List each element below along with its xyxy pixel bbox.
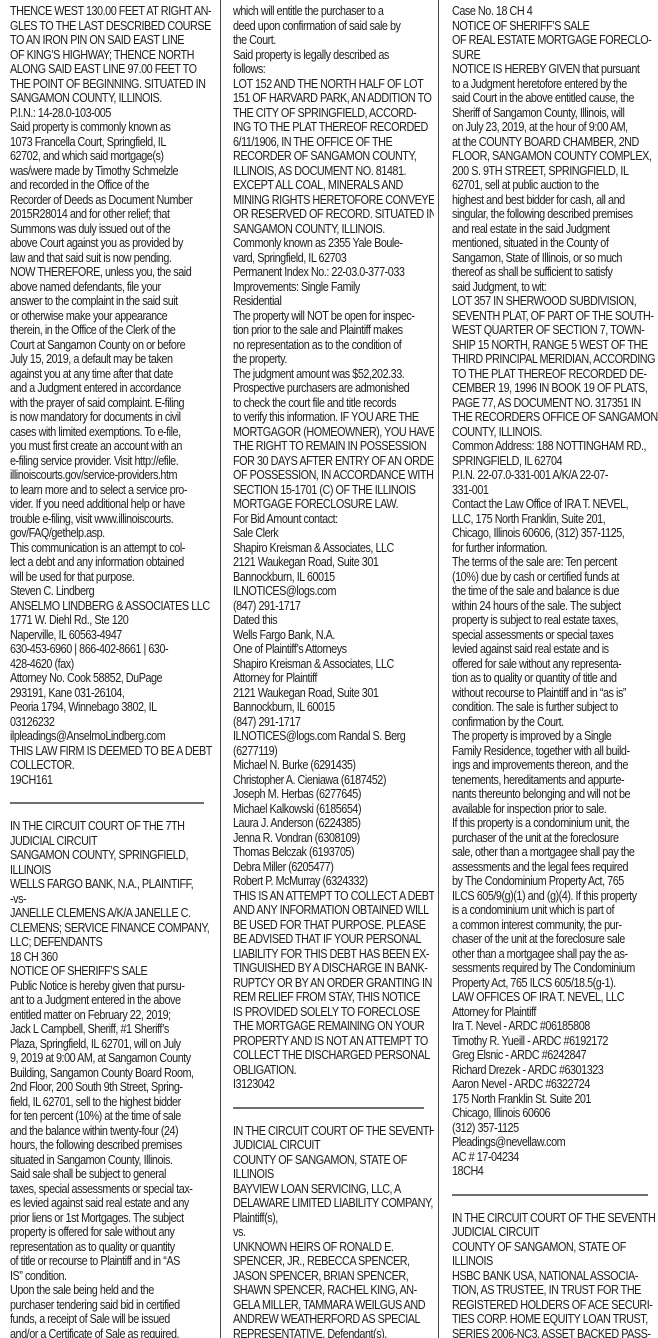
notice-text-line: tion as to quality or quantity of title … xyxy=(452,671,657,686)
notice-text-line: THENCE WEST 130.00 FEET AT RIGHT AN- xyxy=(10,4,213,19)
notice-text-line: ILNOTICES@logs.com xyxy=(233,584,433,599)
notice-text-line: the time of the sale and balance is due xyxy=(452,584,657,599)
notice-text-line: RECORDER OF SANGAMON COUNTY, xyxy=(233,149,433,164)
notice-text-line: answer to the complaint in the said suit xyxy=(10,294,213,309)
notice-text-line: Public Notice is hereby given that pursu… xyxy=(10,979,213,994)
notice-text-line: OF REAL ESTATE MORTGAGE FORECLO- xyxy=(452,33,657,48)
notice-text-line: with the prayer of said complaint. E-fil… xyxy=(10,396,213,411)
notice-text-line: THE RECORDERS OFFICE OF SANGAMON xyxy=(452,410,657,425)
notice-text-line: you must first create an account with an xyxy=(10,439,213,454)
notice-text-line: THE MORTGAGE REMAINING ON YOUR xyxy=(233,1019,433,1034)
notice-text-line: IS” condition. xyxy=(10,1269,213,1284)
notice-text-line: thereof as shall be sufficient to satisf… xyxy=(452,265,657,280)
notice-text-line: Sangamon, State of Illinois, or so much xyxy=(452,251,657,266)
notice-text-line: available for inspection prior to sale. xyxy=(452,802,657,817)
notice-text-line: ant to a Judgment entered in the above xyxy=(10,993,213,1008)
notice-text-line: Robert P. McMurray (6324332) xyxy=(233,874,433,889)
notice-text-line: JUDICIAL CIRCUIT xyxy=(452,1225,657,1240)
notice-text-line: ANSELMO LINDBERG & ASSOCIATES LLC xyxy=(10,599,213,614)
notice-text-line: Ira T. Nevel - ARDC #06185808 xyxy=(452,1019,657,1034)
notice-text-line: illinoiscourts.gov/service-providers.htm xyxy=(10,468,213,483)
notice-text-line: follows: xyxy=(233,62,433,77)
notice-text-line: REPRESENTATIVE, Defendant(s). xyxy=(233,1327,433,1338)
notice-text-line: Recorder of Deeds as Document Number xyxy=(10,193,213,208)
notice-text-line: PROPERTY AND IS NOT AN ATTEMPT TO xyxy=(233,1034,433,1049)
notice-text-line: Laura J. Anderson (6224385) xyxy=(233,816,433,831)
notice-text-line: Naperville, IL 60563-4947 xyxy=(10,628,213,643)
notice-text-line: GLES TO THE LAST DESCRIBED COURSE xyxy=(10,19,213,34)
notice-text-line: Shapiro Kreisman & Associates, LLC xyxy=(233,657,433,672)
notice-text-line: within 24 hours of the sale. The subject xyxy=(452,599,657,614)
notice-text-line: LLC; DEFENDANTS xyxy=(10,935,213,950)
notice-sheriff-sale-yale-blvd: which will entitle the purchaser to adee… xyxy=(233,4,430,1092)
notice-text-line: Richard Drezek - ARDC #6301323 xyxy=(452,1063,657,1078)
notice-text-line: WEST QUARTER OF SECTION 7, TOWN- xyxy=(452,323,657,338)
notice-text-line: 2nd Floor, 200 South 9th Street, Spring- xyxy=(10,1080,213,1095)
notice-text-line: SANGAMON COUNTY, ILLINOIS. xyxy=(10,91,213,106)
notice-text-line: REM RELIEF FROM STAY, THIS NOTICE xyxy=(233,990,433,1005)
notice-text-line: COLLECT THE DISCHARGED PERSONAL xyxy=(233,1048,433,1063)
notice-text-line: Bannockburn, IL 60015 xyxy=(233,570,433,585)
notice-text-line: funds, a receipt of Sale will be issued xyxy=(10,1312,213,1327)
notice-text-line: FLOOR, SANGAMON COUNTY COMPLEX, xyxy=(452,149,657,164)
notice-text-line: 62702, and which said mortgage(s) xyxy=(10,149,213,164)
notice-text-line: LIABILITY FOR THIS DEBT HAS BEEN EX- xyxy=(233,947,433,962)
notice-text-line: 2121 Waukegan Road, Suite 301 xyxy=(233,686,433,701)
notice-text-line: deed upon confirmation of said sale by xyxy=(233,19,433,34)
notice-text-line: MORTGAGOR (HOMEOWNER), YOU HAVE xyxy=(233,425,433,440)
notice-text-line: Michael Kalkowski (6185654) xyxy=(233,802,433,817)
notice-text-line: tenements, hereditaments and appurte- xyxy=(452,773,657,788)
notice-text-line: vs. xyxy=(233,1225,433,1240)
notice-hsbc-ace-securities: IN THE CIRCUIT COURT OF THE SEVENTHJUDIC… xyxy=(452,1211,654,1338)
notice-text-line: the Court. xyxy=(233,33,433,48)
notice-text-line: P.I.N. 22-07.0-331-001 A/K/A 22-07- xyxy=(452,468,657,483)
notice-text-line: sale, other than a mortgagee shall pay t… xyxy=(452,845,657,860)
notice-text-line: Family Residence, together with all buil… xyxy=(452,744,657,759)
notice-text-line: COUNTY, ILLINOIS. xyxy=(452,425,657,440)
notice-divider xyxy=(10,802,204,804)
notice-text-line: This communication is an attempt to col- xyxy=(10,541,213,556)
notice-text-line: 151 OF HARVARD PARK, AN ADDITION TO xyxy=(233,91,433,106)
notice-text-line: confirmation by the Court. xyxy=(452,715,657,730)
notice-text-line: COUNTY OF SANGAMON, STATE OF xyxy=(233,1153,433,1168)
column-2: which will entitle the purchaser to adee… xyxy=(220,0,434,1338)
notice-text-line: NOTICE OF SHERIFF’S SALE xyxy=(452,19,657,34)
notice-text-line: IN THE CIRCUIT COURT OF THE SEVENTH xyxy=(233,1124,433,1139)
notice-text-line: and a Judgment entered in accordance xyxy=(10,381,213,396)
notice-text-line: TO THE PLAT THEREOF RECORDED DE- xyxy=(452,367,657,382)
notice-text-line: Property Act, 765 ILCS 605/18.5(g-1). xyxy=(452,976,657,991)
notice-text-line: EXCEPT ALL COAL, MINERALS AND xyxy=(233,178,433,193)
notice-text-line: Joseph M. Herbas (6277645) xyxy=(233,787,433,802)
notice-text-line: lect a debt and any information obtained xyxy=(10,555,213,570)
notice-text-line: SERIES 2006-NC3, ASSET BACKED PASS- xyxy=(452,1327,657,1338)
notice-text-line: 1073 Francella Court, Springfield, IL xyxy=(10,135,213,150)
notice-text-line: NOTICE OF SHERIFF’S SALE xyxy=(10,964,213,979)
notice-text-line: Sheriff of Sangamon County, Illinois, wi… xyxy=(452,106,657,121)
notice-text-line: Wells Fargo Bank, N.A. xyxy=(233,628,433,643)
notice-text-line: situated in Sangamon County, Illinois. xyxy=(10,1153,213,1168)
notice-text-line: property is offered for sale without any xyxy=(10,1225,213,1240)
notice-divider xyxy=(233,1107,424,1109)
notice-text-line: and the balance within twenty-four (24) xyxy=(10,1124,213,1139)
notice-text-line: Residential xyxy=(233,294,433,309)
notice-bayview-spencer: IN THE CIRCUIT COURT OF THE SEVENTHJUDIC… xyxy=(233,1124,430,1338)
notice-text-line: Plaza, Springfield, IL 62701, will on Ju… xyxy=(10,1037,213,1052)
notice-text-line: vard, Springfield, IL 62703 xyxy=(233,251,433,266)
notice-text-line: THE POINT OF BEGINNING. SITUATED IN xyxy=(10,77,213,92)
notice-text-line: IS PROVIDED SOLELY TO FORECLOSE xyxy=(233,1005,433,1020)
notice-text-line: Pleadings@nevellaw.com xyxy=(452,1135,657,1150)
notice-divider xyxy=(452,1194,648,1196)
notice-text-line: UNKNOWN HEIRS OF RONALD E. xyxy=(233,1240,433,1255)
notice-text-line: offered for sale without any representa- xyxy=(452,657,657,672)
legal-notices-page: THENCE WEST 130.00 FEET AT RIGHT AN-GLES… xyxy=(0,0,658,1338)
notice-text-line: The terms of the sale are: Ten percent xyxy=(452,555,657,570)
notice-text-line: Attorney No. Cook 58852, DuPage xyxy=(10,671,213,686)
notice-text-line: 18CH4 xyxy=(452,1164,657,1179)
notice-text-line: Permanent Index No.: 22-03.0-377-033 xyxy=(233,265,433,280)
notice-text-line: ING TO THE PLAT THEREOF RECORDED xyxy=(233,120,433,135)
notice-text-line: SPRINGFIELD, IL 62704 xyxy=(452,454,657,469)
notice-text-line: THIRD PRINCIPAL MERIDIAN, ACCORDING xyxy=(452,352,657,367)
notice-text-line: 428-4620 (fax) xyxy=(10,657,213,672)
notice-text-line: nants thereunto belonging and will not b… xyxy=(452,787,657,802)
notice-text-line: 62701, sell at public auction to the xyxy=(452,178,657,193)
notice-text-line: ilpleadings@AnselmoLindberg.com xyxy=(10,729,213,744)
notice-text-line: IN THE CIRCUIT COURT OF THE 7TH xyxy=(10,819,213,834)
notice-text-line: LAW OFFICES OF IRA T. NEVEL, LLC xyxy=(452,990,657,1005)
notice-text-line: REGISTERED HOLDERS OF ACE SECURI- xyxy=(452,1298,657,1313)
notice-text-line: THE RIGHT TO REMAIN IN POSSESSION xyxy=(233,439,433,454)
notice-text-line: COUNTY OF SANGAMON, STATE OF xyxy=(452,1240,657,1255)
notice-text-line: purchaser of the unit at the foreclosure xyxy=(452,831,657,846)
notice-text-line: THIS LAW FIRM IS DEEMED TO BE A DEBT xyxy=(10,744,213,759)
notice-text-line: One of Plaintiff’s Attorneys xyxy=(233,642,433,657)
notice-text-line: against you at any time after that date xyxy=(10,367,213,382)
notice-text-line: assessments and the legal fees required xyxy=(452,860,657,875)
notice-text-line: by The Condominium Property Act, 765 xyxy=(452,874,657,889)
notice-text-line: other than a mortgagee shall pay the as- xyxy=(452,947,657,962)
notice-text-line: chaser of the unit at the foreclosure sa… xyxy=(452,932,657,947)
notice-text-line: Bannockburn, IL 60015 xyxy=(233,700,433,715)
notice-text-line: and recorded in the Office of the xyxy=(10,178,213,193)
notice-text-line: mentioned, situated in the County of xyxy=(452,236,657,251)
notice-text-line: BE ADVISED THAT IF YOUR PERSONAL xyxy=(233,932,433,947)
notice-text-line: said Judgment, to wit: xyxy=(452,280,657,295)
notice-text-line: HSBC BANK USA, NATIONAL ASSOCIA- xyxy=(452,1269,657,1284)
notice-text-line: OF KING’S HIGHWAY; THENCE NORTH xyxy=(10,48,213,63)
notice-text-line: the property. xyxy=(233,352,433,367)
notice-text-line: Debra Miller (6205477) xyxy=(233,860,433,875)
notice-text-line: (312) 357-1125 xyxy=(452,1121,657,1136)
notice-text-line: special assessments or special taxes xyxy=(452,628,657,643)
notice-text-line: to verify this information. IF YOU ARE T… xyxy=(233,410,433,425)
notice-text-line: OR RESERVED OF RECORD. SITUATED IN xyxy=(233,207,433,222)
notice-text-line: cases with limited exemptions. To e-file… xyxy=(10,425,213,440)
notice-text-line: highest and best bidder for cash, all an… xyxy=(452,193,657,208)
notice-text-line: TION, AS TRUSTEE, IN TRUST FOR THE xyxy=(452,1283,657,1298)
notice-text-line: Chicago, Illinois 60606 xyxy=(452,1106,657,1121)
notice-text-line: Timothy R. Yueill - ARDC #6192172 xyxy=(452,1034,657,1049)
notice-text-line: The property will NOT be open for inspec… xyxy=(233,309,433,324)
notice-text-line: CLEMENS; SERVICE FINANCE COMPANY, xyxy=(10,921,213,936)
notice-text-line: 18 CH 360 xyxy=(10,950,213,965)
notice-text-line: RUPTCY OR BY AN ORDER GRANTING IN xyxy=(233,976,433,991)
notice-text-line: on July 23, 2019, at the hour of 9:00 AM… xyxy=(452,120,657,135)
notice-text-line: Shapiro Kreisman & Associates, LLC xyxy=(233,541,433,556)
notice-text-line: ILLINOIS, AS DOCUMENT NO. 81481. xyxy=(233,164,433,179)
notice-text-line: at the COUNTY BOARD CHAMBER, 2ND xyxy=(452,135,657,150)
notice-text-line: 03126232 xyxy=(10,715,213,730)
notice-text-line: Jenna R. Vondran (6308109) xyxy=(233,831,433,846)
notice-text-line: Michael N. Burke (6291435) xyxy=(233,758,433,773)
notice-text-line: and real estate in the said Judgment xyxy=(452,222,657,237)
notice-text-line: therein, in the Office of the Clerk of t… xyxy=(10,323,213,338)
notice-text-line: condition. The sale is further subject t… xyxy=(452,700,657,715)
notice-text-line: JASON SPENCER, BRIAN SPENCER, xyxy=(233,1269,433,1284)
notice-text-line: of title or recourse to Plaintiff and in… xyxy=(10,1254,213,1269)
notice-text-line: Summons was duly issued out of the xyxy=(10,222,213,237)
notice-text-line: 293191, Kane 031-26104, xyxy=(10,686,213,701)
notice-text-line: LOT 357 IN SHERWOOD SUBDIVISION, xyxy=(452,294,657,309)
notice-text-line: FOR 30 DAYS AFTER ENTRY OF AN ORDER xyxy=(233,454,433,469)
notice-text-line: OBLIGATION. xyxy=(233,1063,433,1078)
notice-text-line: JUDICIAL CIRCUIT xyxy=(10,834,213,849)
notice-summons-schmelzle: THENCE WEST 130.00 FEET AT RIGHT AN-GLES… xyxy=(10,4,210,787)
notice-text-line: no representation as to the condition of xyxy=(233,338,433,353)
notice-text-line: Case No. 18 CH 4 xyxy=(452,4,657,19)
notice-text-line: trouble e-filing, visit www.illinoiscour… xyxy=(10,512,213,527)
notice-text-line: 331-001 xyxy=(452,483,657,498)
notice-text-line: SANGAMON COUNTY, SPRINGFIELD, xyxy=(10,848,213,863)
notice-text-line: (847) 291-1717 xyxy=(233,599,433,614)
notice-text-line: ings and improvements thereon, and the xyxy=(452,758,657,773)
notice-text-line: MINING RIGHTS HERETOFORE CONVEYED xyxy=(233,193,433,208)
notice-text-line: 200 S. 9TH STREET, SPRINGFIELD, IL xyxy=(452,164,657,179)
notice-text-line: and/or a Certificate of Sale as required… xyxy=(10,1327,213,1338)
notice-text-line: ALONG SAID EAST LINE 97.00 FEET TO xyxy=(10,62,213,77)
notice-text-line: 19CH161 xyxy=(10,773,213,788)
notice-text-line: Sale Clerk xyxy=(233,526,433,541)
notice-text-line: DELAWARE LIMITED LIABILITY COMPANY, xyxy=(233,1196,433,1211)
notice-text-line: GELA MILLER, TAMMARA WEILGUS AND xyxy=(233,1298,433,1313)
notice-text-line: Steven C. Lindberg xyxy=(10,584,213,599)
notice-text-line: TO AN IRON PIN ON SAID EAST LINE xyxy=(10,33,213,48)
notice-text-line: SECTION 15-1701 (C) OF THE ILLINOIS xyxy=(233,483,433,498)
notice-text-line: is a condominium unit which is part of xyxy=(452,903,657,918)
notice-text-line: Chicago, Illinois 60606, (312) 357-1125, xyxy=(452,526,657,541)
notice-text-line: 175 North Franklin St. Suite 201 xyxy=(452,1092,657,1107)
notice-text-line: ANDREW WEATHERFORD AS SPECIAL xyxy=(233,1312,433,1327)
notice-text-line: JANELLE CLEMENS A/K/A JANELLE C. xyxy=(10,906,213,921)
notice-text-line: 9, 2019 at 9:00 AM, at Sangamon County xyxy=(10,1051,213,1066)
notice-text-line: MORTGAGE FORECLOSURE LAW. xyxy=(233,497,433,512)
notice-text-line: levied against said real estate and is xyxy=(452,642,657,657)
notice-text-line: taxes, special assessments or special ta… xyxy=(10,1182,213,1197)
notice-text-line: representation as to quality or quantity xyxy=(10,1240,213,1255)
notice-text-line: sessments required by The Condominium xyxy=(452,961,657,976)
notice-text-line: COLLECTOR. xyxy=(10,758,213,773)
notice-text-line: If this property is a condominium unit, … xyxy=(452,816,657,831)
notice-text-line: SPENCER, JR., REBECCA SPENCER, xyxy=(233,1254,433,1269)
notice-text-line: for ten percent (10%) at the time of sal… xyxy=(10,1109,213,1124)
notice-text-line: Prospective purchasers are admonished xyxy=(233,381,433,396)
notice-text-line: (10%) due by cash or certified funds at xyxy=(452,570,657,585)
notice-text-line: SURE xyxy=(452,48,657,63)
notice-text-line: P.I.N.: 14-28.0-103-005 xyxy=(10,106,213,121)
notice-text-line: above Court against you as provided by xyxy=(10,236,213,251)
notice-text-line: to check the court file and title record… xyxy=(233,396,433,411)
notice-text-line: was/were made by Timothy Schmelzle xyxy=(10,164,213,179)
notice-text-line: field, IL 62701, sell to the highest bid… xyxy=(10,1095,213,1110)
column-1: THENCE WEST 130.00 FEET AT RIGHT AN-GLES… xyxy=(0,0,214,1338)
notice-text-line: Attorney for Plaintiff xyxy=(452,1005,657,1020)
notice-text-line: singular, the following described premis… xyxy=(452,207,657,222)
notice-text-line: (6277119) xyxy=(233,744,433,759)
notice-text-line: Attorney for Plaintiff xyxy=(233,671,433,686)
notice-text-line: THE CITY OF SPRINGFIELD, ACCORD- xyxy=(233,106,433,121)
notice-text-line: LLC, 175 North Franklin, Suite 201, xyxy=(452,512,657,527)
notice-text-line: gov/FAQ/gethelp.asp. xyxy=(10,526,213,541)
notice-text-line: law and that said suit is now pending. xyxy=(10,251,213,266)
notice-text-line: ILCS 605/9(g)(1) and (g)(4). If this pro… xyxy=(452,889,657,904)
notice-text-line: AC # 17-04234 xyxy=(452,1150,657,1165)
notice-text-line: e-filing service provider. Visit http://… xyxy=(10,454,213,469)
notice-sheriff-sale-clemens: IN THE CIRCUIT COURT OF THE 7THJUDICIAL … xyxy=(10,819,210,1338)
notice-text-line: said Court in the above entitled cause, … xyxy=(452,91,657,106)
notice-text-line: 2015R28014 and for other relief; that xyxy=(10,207,213,222)
notice-text-line: Christopher A. Cieniawa (6187452) xyxy=(233,773,433,788)
notice-sheriff-sale-nottingham: Case No. 18 CH 4NOTICE OF SHERIFF’S SALE… xyxy=(452,4,654,1179)
notice-text-line: CEMBER 19, 1996 IN BOOK 19 OF PLATS, xyxy=(452,381,657,396)
notice-text-line: which will entitle the purchaser to a xyxy=(233,4,433,19)
notice-text-line: vider. If you need additional help or ha… xyxy=(10,497,213,512)
notice-text-line: 6/11/1906, IN THE OFFICE OF THE xyxy=(233,135,433,150)
notice-text-line: to a Judgment heretofore entered by the xyxy=(452,77,657,92)
notice-text-line: ILLINOIS xyxy=(10,863,213,878)
notice-text-line: Contact the Law Office of IRA T. NEVEL, xyxy=(452,497,657,512)
notice-text-line: Commonly known as 2355 Yale Boule- xyxy=(233,236,433,251)
notice-text-line: I3123042 xyxy=(233,1077,433,1092)
notice-text-line: Common Address: 188 NOTTINGHAM RD., xyxy=(452,439,657,454)
notice-text-line: JUDICIAL CIRCUIT xyxy=(233,1138,433,1153)
notice-text-line: or otherwise make your appearance xyxy=(10,309,213,324)
notice-text-line: WELLS FARGO BANK, N.A., PLAINTIFF, xyxy=(10,877,213,892)
notice-text-line: entitled matter on February 22, 2019; xyxy=(10,1008,213,1023)
notice-text-line: above named defendants, file your xyxy=(10,280,213,295)
notice-text-line: Thomas Belczak (6193705) xyxy=(233,845,433,860)
notice-text-line: prior liens or 1st Mortgages. The subjec… xyxy=(10,1211,213,1226)
notice-text-line: For Bid Amount contact: xyxy=(233,512,433,527)
notice-text-line: BE USED FOR THAT PURPOSE. PLEASE xyxy=(233,918,433,933)
notice-text-line: Plaintiff(s), xyxy=(233,1211,433,1226)
notice-text-line: Jack L Campbell, Sheriff, #1 Sheriff’s xyxy=(10,1022,213,1037)
notice-text-line: Building, Sangamon County Board Room, xyxy=(10,1066,213,1081)
notice-text-line: (847) 291-1717 xyxy=(233,715,433,730)
notice-text-line: NOW THEREFORE, unless you, the said xyxy=(10,265,213,280)
notice-text-line: LOT 152 AND THE NORTH HALF OF LOT xyxy=(233,77,433,92)
notice-text-line: BAYVIEW LOAN SERVICING, LLC, A xyxy=(233,1182,433,1197)
notice-text-line: TIES CORP. HOME EQUITY LOAN TRUST, xyxy=(452,1312,657,1327)
notice-text-line: OF POSSESSION, IN ACCORDANCE WITH xyxy=(233,468,433,483)
notice-text-line: Peoria 1794, Winnebago 3802, IL xyxy=(10,700,213,715)
notice-text-line: ILLINOIS xyxy=(233,1167,433,1182)
notice-text-line: to learn more and to select a service pr… xyxy=(10,483,213,498)
notice-text-line: SHAWN SPENCER, RACHEL KING, AN- xyxy=(233,1283,433,1298)
notice-text-line: Court at Sangamon County on or before xyxy=(10,338,213,353)
notice-text-line: 630-453-6960 | 866-402-8661 | 630- xyxy=(10,642,213,657)
notice-text-line: es levied against said real estate and a… xyxy=(10,1196,213,1211)
notice-text-line: Aaron Nevel - ARDC #6322724 xyxy=(452,1077,657,1092)
notice-text-line: Upon the sale being held and the xyxy=(10,1283,213,1298)
notice-text-line: Dated this xyxy=(233,613,433,628)
notice-text-line: 2121 Waukegan Road, Suite 301 xyxy=(233,555,433,570)
notice-text-line: THIS IS AN ATTEMPT TO COLLECT A DEBT xyxy=(233,889,433,904)
notice-text-line: without recourse to Plaintiff and in “as… xyxy=(452,686,657,701)
notice-text-line: purchaser tendering said bid in certifie… xyxy=(10,1298,213,1313)
notice-text-line: Said property is commonly known as xyxy=(10,120,213,135)
notice-text-line: hours, the following described premises xyxy=(10,1138,213,1153)
notice-text-line: ILLINOIS xyxy=(452,1254,657,1269)
notice-text-line: 1771 W. Diehl Rd., Ste 120 xyxy=(10,613,213,628)
notice-text-line: is now mandatory for documents in civil xyxy=(10,410,213,425)
column-3: Case No. 18 CH 4NOTICE OF SHERIFF’S SALE… xyxy=(438,0,658,1338)
notice-text-line: SEVENTH PLAT, OF PART OF THE SOUTH- xyxy=(452,309,657,324)
notice-text-line: ILNOTICES@logs.com Randal S. Berg xyxy=(233,729,433,744)
notice-text-line: The property is improved by a Single xyxy=(452,729,657,744)
notice-text-line: Said property is legally described as xyxy=(233,48,433,63)
notice-text-line: Improvements: Single Family xyxy=(233,280,433,295)
notice-text-line: TINGUISHED BY A DISCHARGE IN BANK- xyxy=(233,961,433,976)
notice-text-line: SHIP 15 NORTH, RANGE 5 WEST OF THE xyxy=(452,338,657,353)
notice-text-line: a common interest community, the pur- xyxy=(452,918,657,933)
notice-text-line: for further information. xyxy=(452,541,657,556)
notice-text-line: The judgment amount was $52,202.33. xyxy=(233,367,433,382)
notice-text-line: July 15, 2019, a default may be taken xyxy=(10,352,213,367)
notice-text-line: AND ANY INFORMATION OBTAINED WILL xyxy=(233,903,433,918)
notice-text-line: IN THE CIRCUIT COURT OF THE SEVENTH xyxy=(452,1211,657,1226)
notice-text-line: PAGE 77, AS DOCUMENT NO. 317351 IN xyxy=(452,396,657,411)
notice-text-line: will be used for that purpose. xyxy=(10,570,213,585)
notice-text-line: SANGAMON COUNTY, ILLINOIS. xyxy=(233,222,433,237)
notice-text-line: -vs- xyxy=(10,892,213,907)
notice-text-line: Said sale shall be subject to general xyxy=(10,1167,213,1182)
notice-text-line: Greg Elsnic - ARDC #6242847 xyxy=(452,1048,657,1063)
notice-text-line: NOTICE IS HEREBY GIVEN that pursuant xyxy=(452,62,657,77)
notice-text-line: property is subject to real estate taxes… xyxy=(452,613,657,628)
notice-text-line: tion prior to the sale and Plaintiff mak… xyxy=(233,323,433,338)
